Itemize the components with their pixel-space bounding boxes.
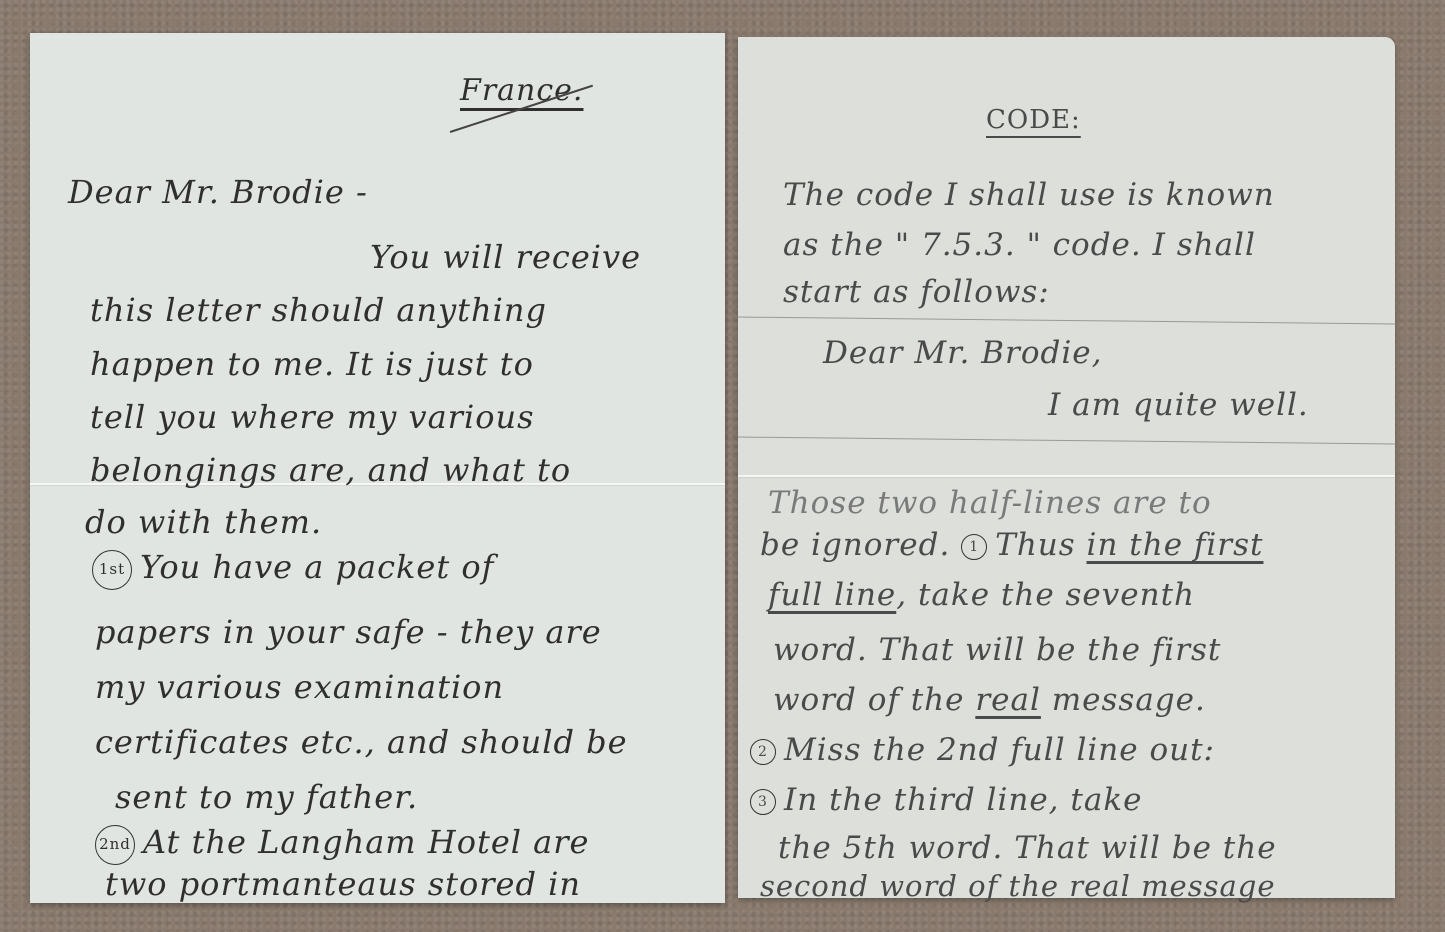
body-line: two portmanteaus stored in [105, 865, 581, 903]
step-3-marker: 3 [750, 789, 776, 815]
body-line: my various examination [95, 668, 504, 706]
intro-line: The code I shall use is known [783, 177, 1275, 213]
letter-page-right: CODE: The code I shall use is known as t… [738, 37, 1395, 898]
step-1-line: be ignored. 1Thus in the first [760, 527, 1263, 563]
body-line: sent to my father. [115, 778, 418, 816]
item-1-first-line: 1stYou have a packet of [92, 548, 494, 590]
item-1-marker: 1st [92, 550, 132, 590]
body-line: do with them. [85, 503, 322, 541]
paper-fold [738, 475, 1395, 477]
step-1-line: word of the real message. [773, 682, 1206, 718]
step-3-line: the 5th word. That will be the [778, 830, 1277, 866]
step-1-line: word. That will be the first [773, 632, 1221, 668]
body-line: certificates etc., and should be [95, 723, 628, 761]
pencil-rule [738, 437, 1395, 445]
body-line: You will receive [370, 238, 641, 276]
intro-line: as the " 7.5.3. " code. I shall [783, 227, 1256, 263]
item-2-first-line: 2ndAt the Langham Hotel are [95, 823, 589, 865]
letter-page-left: France. Dear Mr. Brodie - You will recei… [30, 33, 725, 903]
example-salutation: Dear Mr. Brodie, [823, 335, 1102, 371]
step-1-marker: 1 [961, 534, 987, 560]
body-line: belongings are, and what to [90, 451, 571, 489]
pencil-rule [738, 317, 1395, 325]
code-heading: CODE: [986, 105, 1081, 135]
body-line: tell you where my various [90, 398, 534, 436]
step-2-line: 2Miss the 2nd full line out: [750, 732, 1215, 768]
instruction-line: Those two half-lines are to [768, 485, 1212, 521]
example-line: I am quite well. [1048, 387, 1309, 423]
body-line: this letter should anything [90, 291, 547, 329]
intro-line: start as follows: [783, 274, 1050, 310]
body-line: papers in your safe - they are [95, 613, 602, 651]
step-2-marker: 2 [750, 739, 776, 765]
body-line: happen to me. It is just to [90, 345, 534, 383]
salutation: Dear Mr. Brodie - [68, 173, 368, 211]
step-3-line: 3In the third line, take [750, 782, 1142, 818]
step-1-line: full line, take the seventh [768, 577, 1195, 613]
letter-heading: France. [460, 73, 583, 108]
step-3-line: second word of the real message [760, 869, 1276, 903]
item-2-marker: 2nd [95, 825, 135, 865]
